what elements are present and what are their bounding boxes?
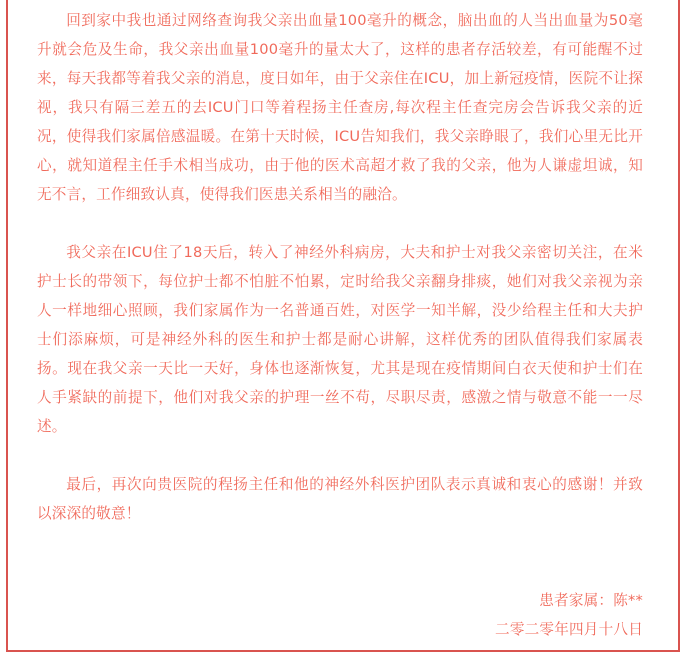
letter-date: 二零二零年四月十八日	[37, 615, 643, 644]
paragraph-spacer	[37, 209, 643, 238]
letter-paragraph-2: 我父亲在ICU住了18天后，转入了神经外科病房，大夫和护士对我父亲密切关注，在米…	[37, 238, 643, 441]
paragraph-spacer	[37, 528, 643, 557]
letter-content: 回到家中我也通过网络查询我父亲出血量100毫升的概念，脑出血的人当出血量为50毫…	[37, 6, 643, 644]
letter-signature: 患者家属：陈**	[37, 586, 643, 615]
paragraph-spacer	[37, 441, 643, 470]
letter-paragraph-1: 回到家中我也通过网络查询我父亲出血量100毫升的概念，脑出血的人当出血量为50毫…	[37, 6, 643, 209]
letter-paragraph-3: 最后，再次向贵医院的程扬主任和他的神经外科医护团队表示真诚和衷心的感谢！并致以深…	[37, 470, 643, 528]
paragraph-spacer	[37, 557, 643, 586]
